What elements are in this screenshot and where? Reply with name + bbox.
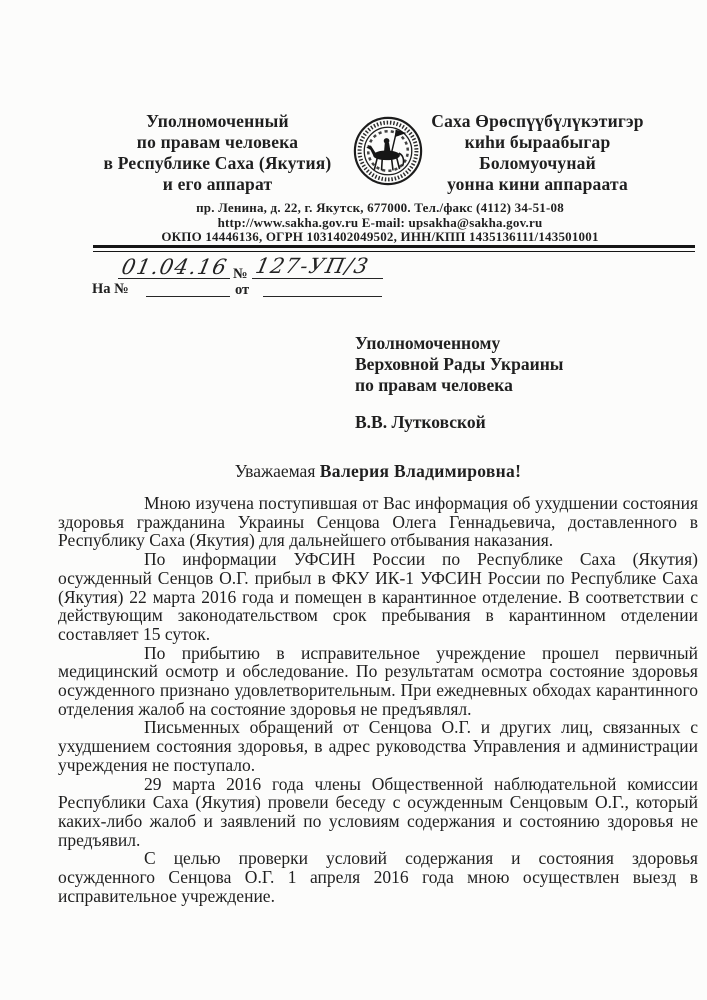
reply-to-label: На № xyxy=(92,281,129,298)
body-paragraph: С целью проверки условий содержания и со… xyxy=(58,849,698,905)
body-paragraph: Письменных обращений от Сенцова О.Г. и д… xyxy=(58,718,698,774)
body-paragraph: Мною изучена поступившая от Вас информац… xyxy=(58,494,698,550)
recipient-line: по правам человека xyxy=(355,375,655,396)
handwritten-date: 01.04.16 xyxy=(119,255,230,279)
letterhead-line: по правам человека xyxy=(95,132,340,153)
body-paragraph: По прибытию в исправительное учреждение … xyxy=(58,644,698,719)
salutation-prefix: Уважаемая xyxy=(235,461,320,481)
body-paragraph: 29 марта 2016 года члены Общественной на… xyxy=(58,775,698,850)
website-email-line: http://www.sakha.gov.ru E-mail: upsakha@… xyxy=(45,216,707,231)
letter-body: Мною изучена поступившая от Вас информац… xyxy=(58,494,698,905)
recipient-line: Верховной Рады Украины xyxy=(355,354,655,375)
letterhead-line: и его аппарат xyxy=(95,174,340,195)
scanned-letter-page: Уполномоченный по правам человека в Респ… xyxy=(0,0,707,1000)
letterhead-line: в Республике Саха (Якутия) xyxy=(95,153,340,174)
salutation: Уважаемая Валерия Владимировна! xyxy=(58,461,698,482)
letterhead-contact-block: пр. Ленина, д. 22, г. Якутск, 677000. Те… xyxy=(45,201,707,245)
letterhead-line: уонна кини аппараата xyxy=(430,174,645,195)
salutation-name: Валерия Владимировна! xyxy=(320,461,521,481)
letterhead-line: Уполномоченный xyxy=(95,111,340,132)
registration-codes-line: ОКПО 14446136, ОГРН 1031402049502, ИНН/К… xyxy=(45,230,707,245)
recipient-line: Уполномоченному xyxy=(355,333,655,354)
number-underline xyxy=(252,277,383,279)
letterhead-title-russian: Уполномоченный по правам человека в Респ… xyxy=(95,111,340,195)
letterhead-divider xyxy=(93,245,695,252)
recipient-name: В.В. Лутковской xyxy=(355,412,655,433)
body-paragraph: По информации УФСИН России по Республике… xyxy=(58,550,698,644)
address-line: пр. Ленина, д. 22, г. Якутск, 677000. Те… xyxy=(45,201,707,216)
number-sign-label: № xyxy=(233,266,248,283)
from-label: от xyxy=(235,282,249,299)
horseman-seal-icon xyxy=(352,112,424,190)
letterhead-line: киһи быраабыгар xyxy=(430,132,645,153)
handwritten-outgoing-number: 127-УП/3 xyxy=(253,254,371,278)
reply-date-underline xyxy=(263,295,382,297)
date-underline xyxy=(118,277,230,279)
letterhead-title-yakut: Саха Өрөспүүбүлүкэтигэр киһи быраабыгар … xyxy=(430,111,645,195)
letterhead-line: Саха Өрөспүүбүлүкэтигэр xyxy=(430,111,645,132)
recipient-block: Уполномоченному Верховной Рады Украины п… xyxy=(355,333,655,433)
reply-number-underline xyxy=(146,295,230,297)
letterhead-line: Боломуочунай xyxy=(430,153,645,174)
